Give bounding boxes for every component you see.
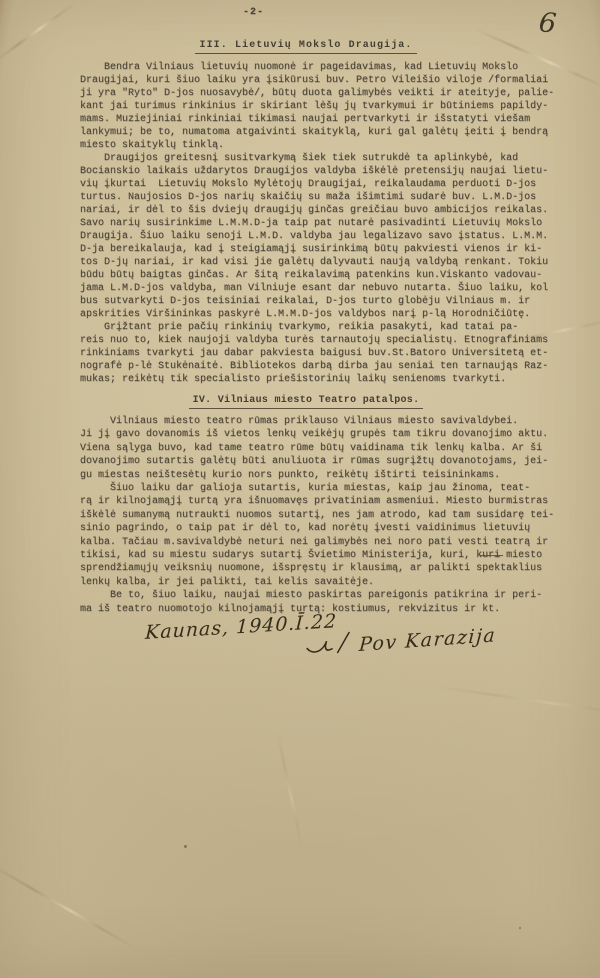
paragraph: Grįžtant prie pačių rinkinių tvarkymo, r… xyxy=(80,321,566,386)
section-iii-body: Bendra Vilniaus lietuvių nuomonė ir page… xyxy=(80,61,566,386)
paragraph: Vilniaus miesto teatro rūmas priklauso V… xyxy=(80,415,566,482)
section-iv-body: Vilniaus miesto teatro rūmas priklauso V… xyxy=(80,415,566,616)
section-iii-heading-text: III. Lietuvių Mokslo Draugija. xyxy=(195,40,416,54)
section-iv-heading: IV. Vilniaus miesto Teatro patalpos. xyxy=(86,395,526,406)
page-number: -2- xyxy=(243,7,264,18)
document-page: -2- 6 III. Lietuvių Mokslo Draugija. Ben… xyxy=(0,0,600,978)
paper-crease xyxy=(275,728,305,856)
paper-crease xyxy=(431,685,600,719)
paragraph: Draugijos greitesnį susitvarkymą šiek ti… xyxy=(80,152,566,321)
paragraph: Bendra Vilniaus lietuvių nuomonė ir page… xyxy=(80,61,566,152)
section-iv-heading-text: IV. Vilniaus miesto Teatro patalpos. xyxy=(189,395,424,409)
signature-name: Pov Karazija xyxy=(358,624,497,656)
handwritten-folio-number: 6 xyxy=(537,7,557,40)
paragraph: Šiuo laiku dar galioja sutartis, kuria m… xyxy=(80,482,566,589)
paper-crease xyxy=(0,863,137,951)
paper-crease xyxy=(0,1,77,62)
signature-flourish-icon xyxy=(304,630,352,662)
ink-speck xyxy=(184,845,187,848)
ink-speck xyxy=(519,927,521,929)
section-iii-heading: III. Lietuvių Mokslo Draugija. xyxy=(86,40,526,51)
